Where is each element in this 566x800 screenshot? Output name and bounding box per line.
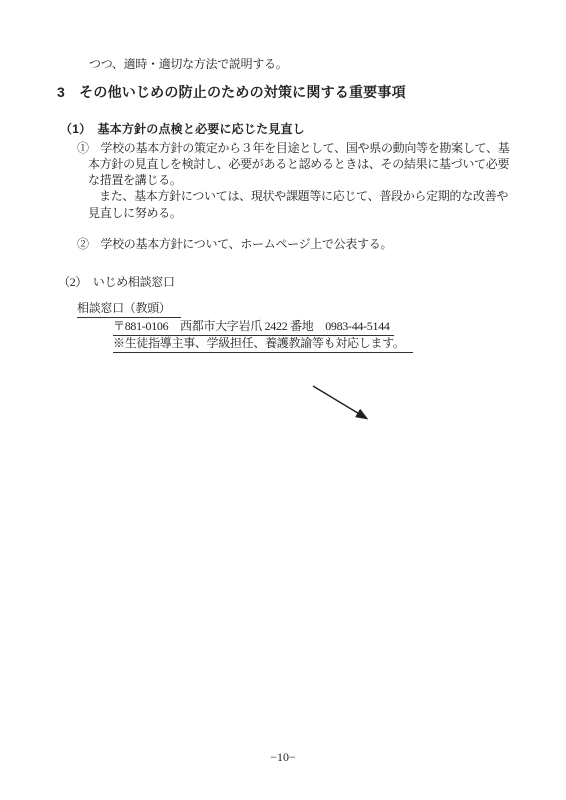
contact-note-text: ※生徒指導主事、学級担任、養護教諭等も対応します。 [113, 336, 413, 353]
sub1-item1-line2: 本方針の見直しを検討し、必要があると認めるときは、その結果に基づいて必要 [88, 156, 509, 172]
section-3-heading: 3 その他いじめの防止のための対策に関する重要事項 [57, 84, 406, 100]
sub2-heading: （2） いじめ相談窓口 [58, 274, 175, 290]
contact-address-line: 〒881-0106 西都市大字岩爪 2422 番地 0983-44-5144 [113, 318, 394, 334]
page-number: −10− [0, 750, 566, 765]
intro-line: つつ、適時・適切な方法で説明する。 [89, 56, 287, 72]
sub1-item1-line1: ① 学校の基本方針の策定から３年を目途として、国や県の動向等を勘案して、基 [77, 140, 509, 156]
contact-title-text: 相談窓口（教頭） [77, 301, 181, 318]
contact-note-line: ※生徒指導主事、学級担任、養護教諭等も対応します。 [113, 335, 413, 351]
contact-title-line: 相談窓口（教頭） [77, 300, 181, 316]
sub1-heading: （1） 基本方針の点検と必要に応じた見直し [60, 121, 305, 137]
contact-address-text: 〒881-0106 西都市大字岩爪 2422 番地 0983-44-5144 [113, 319, 394, 336]
annotation-arrow-icon [305, 378, 385, 430]
sub1-item2-line: ② 学校の基本方針について、ホームページ上で公表する。 [77, 236, 392, 252]
sub1-item1-line5: 見直しに努める。 [88, 205, 182, 221]
sub1-item1-line3: な措置を講じる。 [88, 172, 182, 188]
document-page: つつ、適時・適切な方法で説明する。 3 その他いじめの防止のための対策に関する重… [0, 0, 566, 800]
sub1-item1-line4: また、基本方針については、現状や課題等に応じて、普段から定期的な改善や [99, 188, 508, 204]
